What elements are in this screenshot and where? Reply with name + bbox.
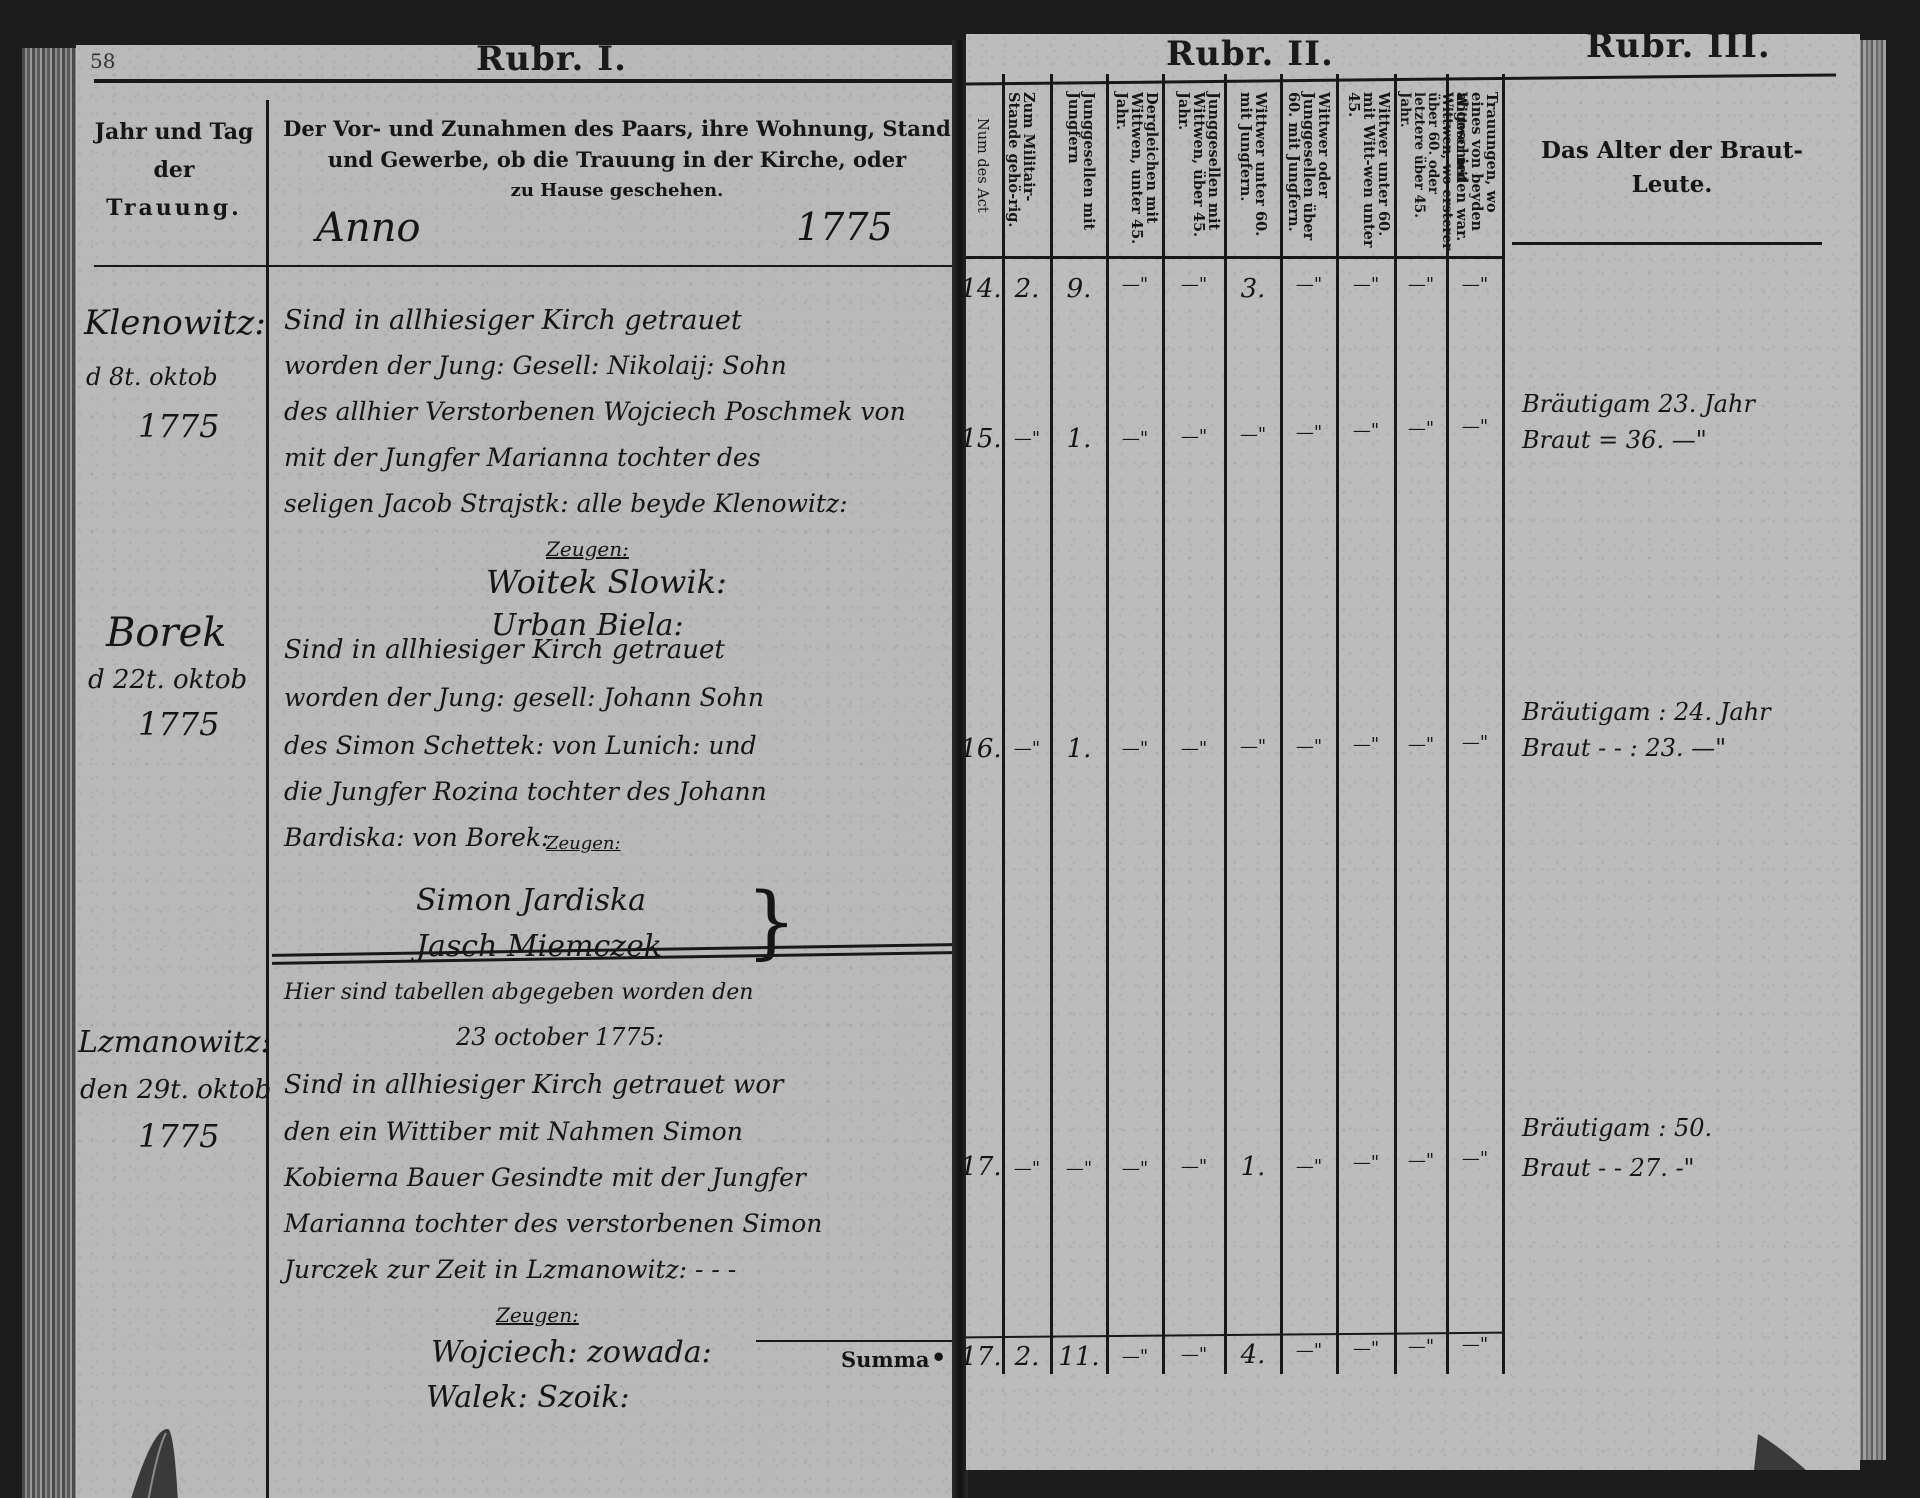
cell: 2. [1004,274,1050,304]
age-groom: Bräutigam 23. Jahr [1522,390,1755,418]
entry-text-line: Bardiska: von Borek: [284,823,549,852]
cell: 1. [1052,734,1106,764]
cell: —" [1448,732,1502,753]
entry-year: 1775 [138,1117,219,1155]
entry-year: 1775 [138,407,219,445]
entry-place: Lzmanowitz: [78,1025,271,1060]
column-divider [1162,74,1165,1374]
cell: —" [1164,274,1224,295]
summa-cell: —" [1338,1338,1394,1359]
entry-text-line: worden der Jung: Gesell: Nikolaij: Sohn [284,351,787,380]
bookmark-weight-right [1746,1434,1816,1470]
age-label: Bräutigam [1522,390,1651,418]
entry-date: den 29t. oktob [80,1075,271,1105]
column-header-military: Zum Militair-Stande gehö-rig. [1006,92,1036,252]
summa-cell: 4. [1226,1340,1280,1370]
cell: —" [1448,416,1502,437]
header-top-rule [966,73,1836,85]
summa-label: Summa [841,1347,929,1372]
header-line: der [82,151,266,189]
age-label: Bräutigam [1522,1114,1651,1142]
entry-text-line: Marianna tochter des verstorbenen Simon [284,1209,822,1238]
cell: —" [1448,274,1502,295]
cell: —" [1108,1158,1162,1179]
cell: —" [1004,1158,1050,1179]
entry-text-line: den ein Wittiber mit Nahmen Simon [284,1117,743,1146]
age-bride: Braut - - : 23. —" [1522,734,1726,762]
column-header-bachelors-widows-under45: Dergleichen mit Wittwen, unter 45. Jahr. [1114,92,1159,252]
summa-cell: —" [1396,1336,1446,1357]
right-page: Rubr. II. Rubr. III. Num des Act Zum Mil… [966,34,1860,1470]
date-column-header: Jahr und Tag der Trauung. [82,113,266,227]
cell: 1. [1226,1152,1280,1182]
cell-num: 16. [958,734,1004,764]
summa-cell: —" [1282,1340,1336,1361]
cell: —" [1164,426,1224,447]
rubric-3-title: Rubr. III. [1586,26,1771,66]
witness-name: Walek: Szoik: [426,1380,630,1415]
column-header-bachelors-widows-over45: Junggesellen mit Wittwen, über 45. Jahr. [1176,92,1221,252]
age-bride: Braut = 36. —" [1522,426,1707,454]
summa-cell: 2. [1004,1342,1050,1372]
cell: —" [1004,738,1050,759]
entry-text-line: Jurczek zur Zeit in Lzmanowitz: - - - [284,1255,736,1284]
column-divider [1280,74,1283,1374]
entry-text-line: Sind in allhiesiger Kirch getrauet [284,635,725,665]
cell: —" [1338,420,1394,441]
cell: —" [1108,428,1162,449]
age-label: Braut [1522,1154,1591,1182]
date-column-divider [266,100,269,1498]
header-line: Leute. [1512,168,1832,202]
entry-place: Borek [106,610,227,656]
entry-note-line: 23 october 1775: [456,1023,664,1051]
entry-text-line: mit der Jungfer Marianna tochter des [284,443,761,472]
left-page-edges [22,48,78,1498]
summa-cell: —" [1164,1344,1224,1365]
column-divider [1050,74,1053,1374]
cell: 9. [1052,274,1106,304]
anno-year: 1775 [796,205,893,249]
age-groom: Bräutigam : 24. Jahr [1522,698,1771,726]
age-value: - - : 23. —" [1598,734,1726,762]
page-number: 58 [90,49,115,73]
cell: —" [1282,1156,1336,1177]
column-header-divorced: Trauungen, wo eines von beyden abgeschie… [1454,92,1499,252]
column-divider [1336,74,1339,1374]
entry-text-line: des allhier Verstorbenen Wojciech Poschm… [284,397,906,426]
header-line: Der Vor- und Zunahmen des Paars, ihre Wo… [272,113,962,144]
age-value: - - 27. -" [1598,1154,1694,1182]
witness-label: Zeugen: [546,537,629,561]
cell: —" [1396,1150,1446,1171]
age-bride: Braut - - 27. -" [1522,1154,1695,1182]
cell: —" [1164,1156,1224,1177]
summa-dot: • [931,1343,946,1372]
column-divider [1106,74,1109,1374]
cell: —" [1396,274,1446,295]
entry-text-line: die Jungfer Rozina tochter des Johann [284,777,767,806]
witness-label: Zeugen: [546,833,621,854]
cell: —" [1338,274,1394,295]
cell: —" [1396,734,1446,755]
witness-label: Zeugen: [496,1303,579,1327]
age-label: Braut [1522,734,1591,762]
entry-note-line: Hier sind tabellen abgegeben worden den [284,980,753,1005]
cell-num: 15. [958,424,1004,454]
header-line: zu Hause geschehen. [272,175,962,206]
column-header-widowers-over60-maidens: Wittwer oder Junggesellen über 60. mit J… [1286,92,1331,252]
age-label: Braut [1522,426,1591,454]
summa-cell: 17. [958,1342,1004,1372]
cell: —" [1282,422,1336,443]
cell: —" [1338,734,1394,755]
age-value: : 24. Jahr [1658,698,1770,726]
cell: —" [1282,274,1336,295]
column-header-widowers-widows-under45: Wittwer unter 60. mit Witt-wen unter 45. [1346,92,1391,252]
entry-text-line: worden der Jung: gesell: Johann Sohn [284,683,764,712]
names-column-header: Der Vor- und Zunahmen des Paars, ihre Wo… [272,113,962,206]
cell: —" [1004,428,1050,449]
column-header-bachelors-maidens: Junggesellen mit Jungfern [1066,92,1096,252]
cell-num: 14. [958,274,1004,304]
header-bottom-rule [1512,242,1822,245]
header-line: Das Alter der Braut- [1512,134,1832,168]
column-divider [1502,74,1505,1374]
cell: —" [1108,274,1162,295]
witness-name: Wojciech: zowada: [431,1335,712,1370]
header-top-rule [94,79,956,83]
header-line: Trauung. [82,189,266,227]
age-value: = 36. —" [1598,426,1707,454]
entry-text-line: des Simon Schettek: von Lunich: und [284,731,757,760]
cell: —" [1282,736,1336,757]
entry-year: 1775 [138,705,219,743]
cell: 1. [1052,424,1106,454]
column-header-num: Num des Act [974,118,989,248]
entry-text-line: Kobierna Bauer Gesindte mit der Jungfer [284,1163,806,1192]
entry-text-line: Sind in allhiesiger Kirch getrauet [284,305,742,336]
entry-date: d 8t. oktob [86,363,218,391]
bookmark-weight-left [108,1427,198,1498]
book-scan: 58 Rubr. I. Jahr und Tag der Trauung. De… [0,0,1920,1498]
rubric-2-title: Rubr. II. [1166,34,1334,74]
cell: —" [1226,424,1280,445]
age-value: : 50. [1658,1114,1712,1142]
summa-cell: —" [1108,1346,1162,1367]
summa-cell: —" [1448,1334,1502,1355]
cell: —" [1052,1158,1106,1179]
entry-text-line: seligen Jacob Strajstk: alle beyde Kleno… [284,489,848,518]
anno-label: Anno [316,205,421,251]
entry-date: d 22t. oktob [88,665,247,695]
entry-place: Klenowitz: [84,303,266,343]
column-header-widowers-under60-maidens: Wittwer unter 60. mit Jungfern. [1238,92,1268,252]
summa-rule [756,1340,956,1342]
age-value: 23. Jahr [1658,390,1755,418]
cell: —" [1338,1152,1394,1173]
witness-name: Simon Jardiska [416,883,646,918]
cell: —" [1108,738,1162,759]
left-page: 58 Rubr. I. Jahr und Tag der Trauung. De… [76,45,956,1498]
header-line: und Gewerbe, ob die Trauung in der Kirch… [272,144,962,175]
column-divider [1446,74,1449,1374]
header-bottom-rule [94,265,956,267]
cell: —" [1448,1148,1502,1169]
age-label: Bräutigam [1522,698,1651,726]
cell-num: 17. [958,1152,1004,1182]
header-bottom-rule [966,256,1502,259]
age-column-header: Das Alter der Braut- Leute. [1512,134,1832,202]
column-divider [1394,74,1397,1374]
cell: —" [1226,736,1280,757]
summa-cell: 11. [1052,1342,1106,1372]
cell: —" [1164,738,1224,759]
cell: —" [1396,418,1446,439]
rubric-1-title: Rubr. I. [476,39,627,79]
witness-name: Woitek Slowik: [486,563,727,601]
cell: 3. [1226,274,1280,304]
age-groom: Bräutigam : 50. [1522,1114,1712,1142]
right-page-edges [1858,40,1886,1460]
entry-text-line: Sind in allhiesiger Kirch getrauet wor [284,1070,783,1100]
header-line: Jahr und Tag [82,113,266,151]
